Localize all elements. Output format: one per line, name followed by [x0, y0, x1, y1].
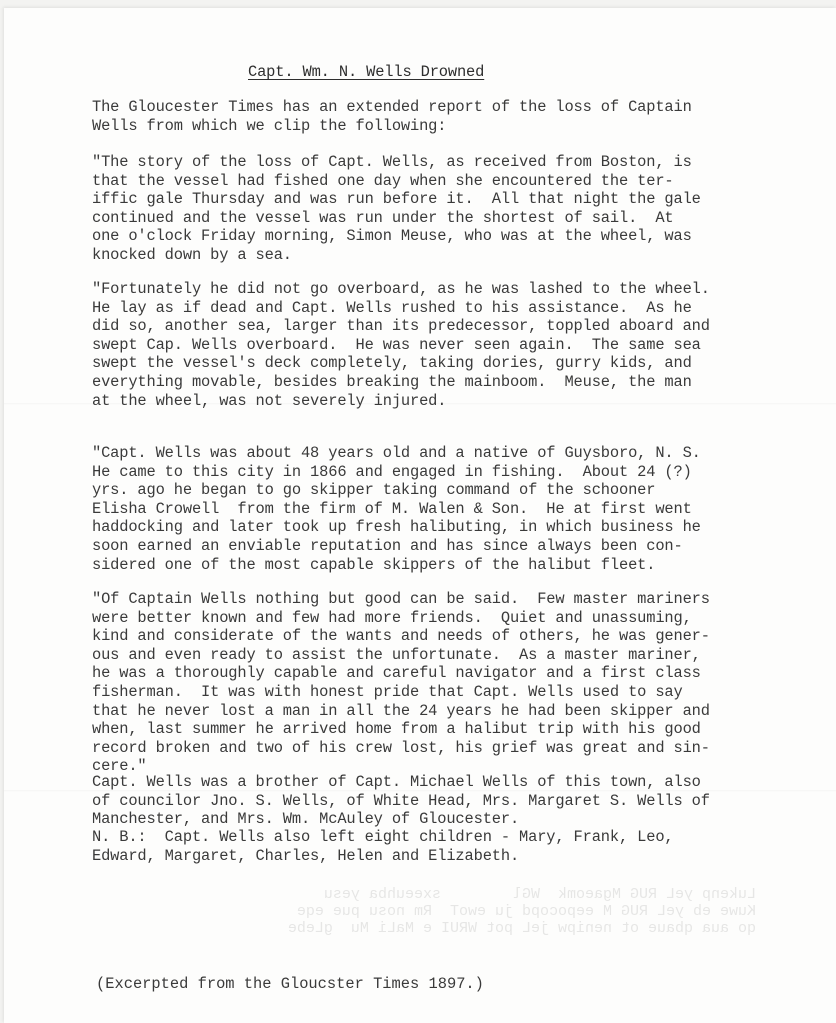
paragraph-tribute: "Of Captain Wells nothing but good can b…	[92, 590, 832, 776]
paragraph-family: Capt. Wells was a brother of Capt. Micha…	[92, 773, 832, 829]
paragraph-biography: "Capt. Wells was about 48 years old and …	[92, 444, 832, 574]
paragraph-intro: The Gloucester Times has an extended rep…	[92, 98, 832, 135]
paragraph-children-note: N. B.: Capt. Wells also left eight child…	[92, 828, 832, 865]
scanned-page: Lukenp yeL RUG Mgaeomk WGl sxeeuhba yesu…	[4, 8, 836, 1023]
paragraph-story: "The story of the loss of Capt. Wells, a…	[92, 153, 832, 265]
paragraph-overboard: "Fortunately he did not go overboard, as…	[92, 280, 832, 410]
document-title: Capt. Wm. N. Wells Drowned	[248, 63, 484, 82]
source-citation: (Excerpted from the Gloucster Times 1897…	[96, 975, 484, 993]
reverse-side-bleed-through: Lukenp yeL RUG Mgaeomk WGl sxeeuhba yesu…	[96, 886, 756, 937]
